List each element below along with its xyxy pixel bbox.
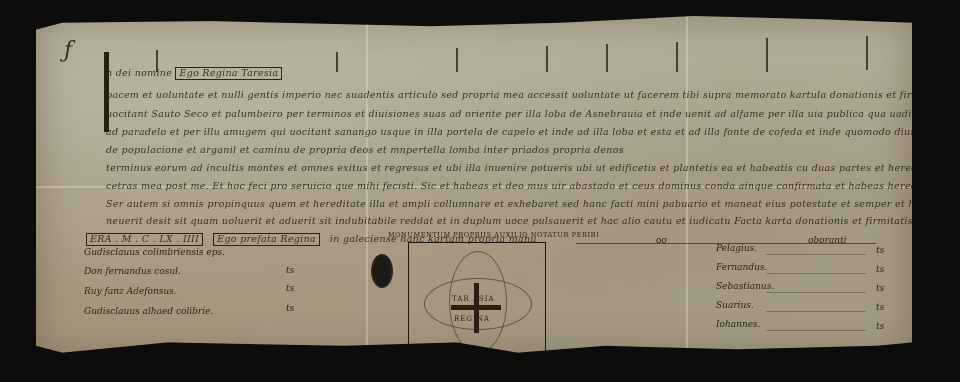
- text-line-1: n dei nomine Ego Regina Taresia: [106, 68, 282, 79]
- text-line-6: terminus eorum ad incultis montes et omn…: [106, 163, 960, 174]
- witness-mark: ts: [286, 266, 294, 276]
- witness-mark: ts: [876, 265, 884, 275]
- text-line-2: pacem et uoluntate et nulli gentis imper…: [106, 90, 960, 101]
- witness-mark: ts: [876, 246, 884, 256]
- boxed-era-date: ERA . M . C . LX . IIII: [86, 233, 203, 246]
- witness-right-1: Pelagius.: [716, 244, 757, 254]
- boxed-queen-name: Ego Regina Taresia: [175, 67, 282, 80]
- witness-mark: ts: [286, 284, 294, 294]
- cross-icon: [451, 305, 501, 310]
- ascender-stroke: [866, 36, 868, 70]
- chrismon-symbol: ƒ: [64, 38, 72, 63]
- ruled-line: [766, 292, 866, 293]
- witness-right-4: Suarius.: [716, 301, 754, 311]
- witness-left-2: Don fernandus cosul.: [84, 267, 181, 277]
- ascender-stroke: [766, 38, 768, 72]
- witness-mark: ts: [876, 284, 884, 294]
- ruled-line: [766, 330, 866, 331]
- signum-top-text: TAR ASIA: [452, 295, 495, 303]
- ruled-line: [766, 273, 866, 274]
- witness-mark: ts: [876, 322, 884, 332]
- text-line-9: neuerit desit sit quam uoluerit et aduer…: [106, 216, 960, 227]
- boxed-queen-signature: Ego prefata Regina: [213, 233, 320, 246]
- witness-right-2: Fernandus.: [716, 263, 767, 273]
- witness-left-1: Gudisclauus colimbriensis eps.: [84, 248, 225, 258]
- ruled-line: [766, 254, 866, 255]
- signum-box: TAR ASIA REGINA: [408, 242, 546, 364]
- text-line-7: cetras mea post me. Et hoc feci pro seru…: [106, 181, 960, 192]
- witness-left-4: Gudisclauus alhaed colibrie.: [84, 307, 213, 317]
- line-mark: oo: [656, 236, 667, 246]
- text-line-3: uocitant Sauto Seco et palumbeiro per te…: [106, 109, 960, 120]
- ascender-stroke: [606, 44, 608, 72]
- caps-inscription: MONUMENTUM PROPRIIS AUXILIO NOTATUR PERI…: [388, 231, 599, 239]
- text-line-5: de populacione et arganil et caminu de p…: [106, 145, 624, 156]
- line-mark: oboranti: [808, 236, 847, 246]
- signum-bottom-text: REGINA: [454, 315, 490, 323]
- ascender-stroke: [676, 42, 678, 72]
- parchment-document: ƒ n dei nomine Ego Regina Taresia pacem …: [36, 16, 912, 356]
- ascender-stroke: [546, 46, 548, 72]
- ruled-line: [766, 311, 866, 312]
- text-line-4: ad paradelo et per illu amugem qui uocit…: [106, 127, 960, 138]
- witness-mark: ts: [286, 304, 294, 314]
- archive-stamp: [371, 254, 393, 288]
- witness-left-3: Ruy fanz Adefonsus.: [84, 287, 177, 297]
- witness-mark: ts: [876, 303, 884, 313]
- ascender-stroke: [456, 48, 458, 72]
- ascender-stroke: [336, 52, 338, 72]
- text-line-8: Ser autem si omnis propinquus quem et he…: [106, 199, 960, 210]
- witness-right-5: Iohannes.: [716, 320, 761, 330]
- witness-right-3: Sebastianus.: [716, 282, 774, 292]
